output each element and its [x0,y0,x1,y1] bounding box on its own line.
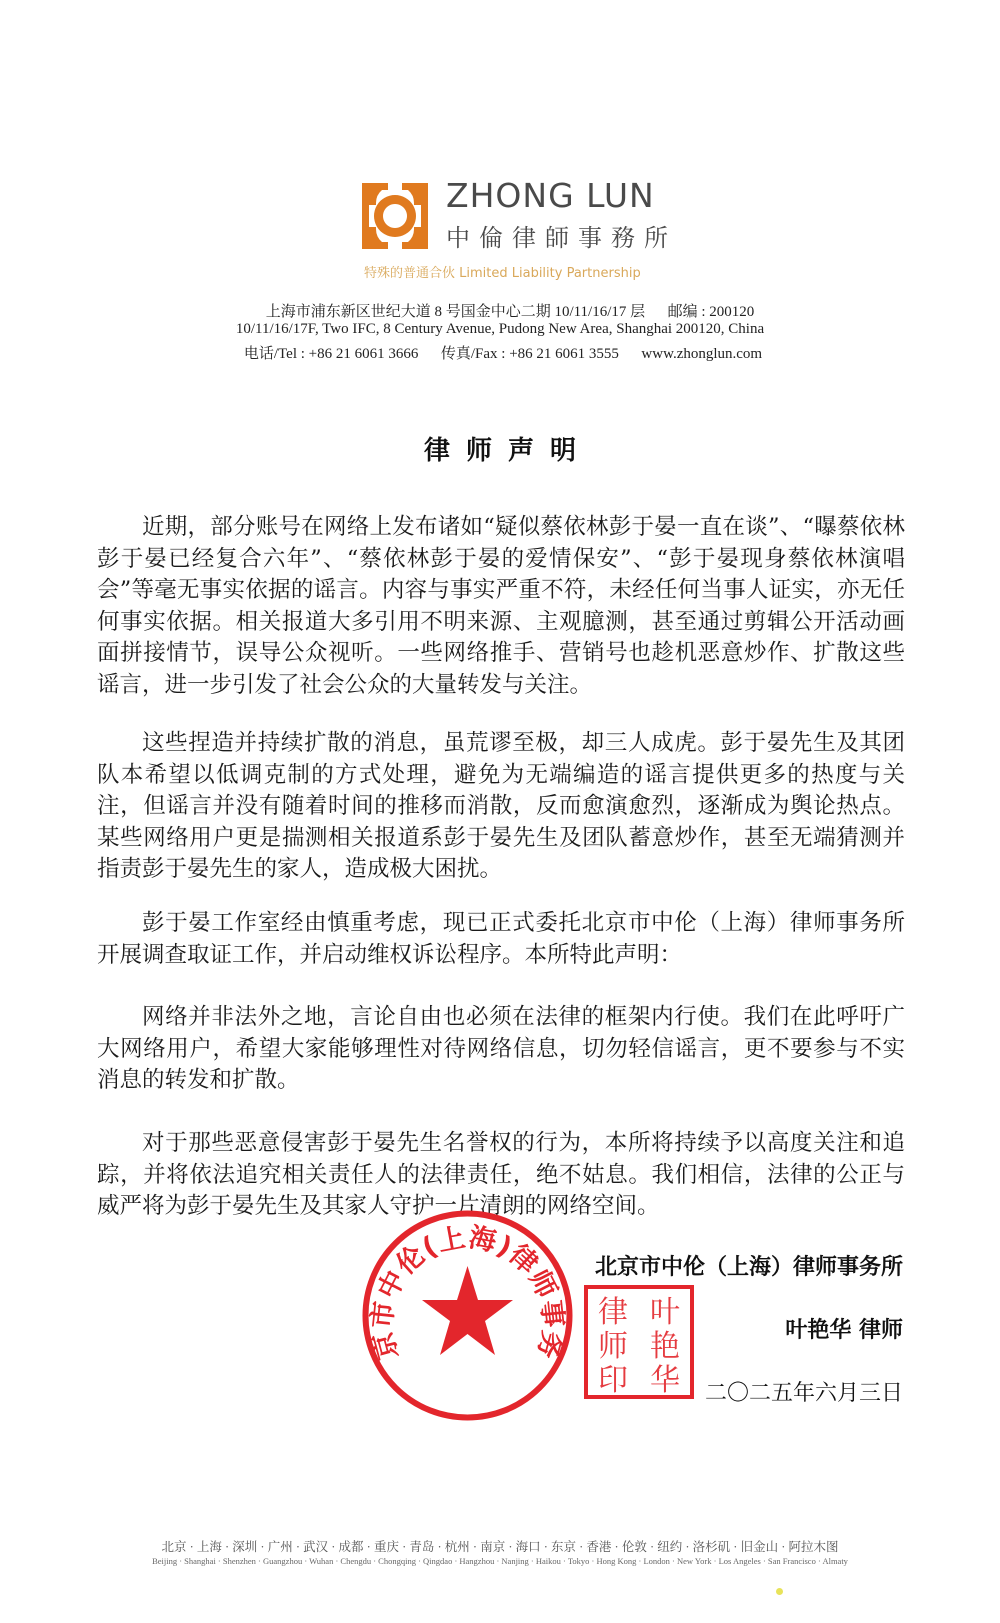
address-chinese: 上海市浦东新区世纪大道 8 号国金中心二期 10/11/16/17 层 邮编 :… [0,300,1000,321]
paragraph-4: 网络并非法外之地，言论自由也必须在法律的框架内行使。我们在此呼吁广大网络用户，希… [97,1002,905,1097]
footer-cities-chinese: 北京 · 上海 · 深圳 · 广州 · 武汉 · 成都 · 重庆 · 青岛 · … [0,1537,1000,1555]
paragraph-1: 近期，部分账号在网络上发布诸如“疑似蔡依林彭于晏一直在谈”、“曝蔡依林彭于晏已经… [97,512,905,701]
seal-char-1: 叶 [650,1295,680,1330]
seal-char-2: 艳 [650,1329,680,1364]
paragraph-2: 这些捏造并持续扩散的消息，虽荒谬至极，却三人成虎。彭于晏先生及其团队本希望以低调… [97,728,905,886]
firm-tagline: 特殊的普通合伙 Limited Liability Partnership [364,262,641,281]
firm-name-chinese: 中倫律師事務所 [446,218,677,253]
seal-char-3: 华 [650,1363,680,1398]
yellow-dot-mark [776,1588,783,1595]
zhong-lun-logo-icon [362,183,428,249]
paragraph-3: 彭于晏工作室经由慎重考虑，现已正式委托北京市中伦（上海）律师事务所开展调查取证工… [97,908,905,971]
seal-char-6: 印 [598,1363,628,1398]
signing-date: 二〇二五年六月三日 [705,1376,903,1407]
seal-char-4: 律 [598,1295,628,1330]
document-title: 律师声明 [0,430,1000,467]
signing-lawyer: 叶艳华 律师 [785,1313,903,1344]
contact-line: 电话/Tel : +86 21 6061 3666 传真/Fax : +86 2… [0,342,1000,363]
firm-name-english: ZHONG LUN [446,176,655,215]
round-seal-icon: 北京市中伦(上海)律师事务所 [360,1208,575,1423]
address-english: 10/11/16/17F, Two IFC, 8 Century Avenue,… [0,321,1000,338]
lawyer-seal-icon: 叶 艳 华 律 师 印 [583,1284,695,1400]
seal-char-5: 师 [598,1329,628,1364]
footer-cities-english: Beijing · Shanghai · Shenzhen · Guangzho… [0,1556,1000,1566]
signing-organization: 北京市中伦（上海）律师事务所 [595,1250,903,1281]
